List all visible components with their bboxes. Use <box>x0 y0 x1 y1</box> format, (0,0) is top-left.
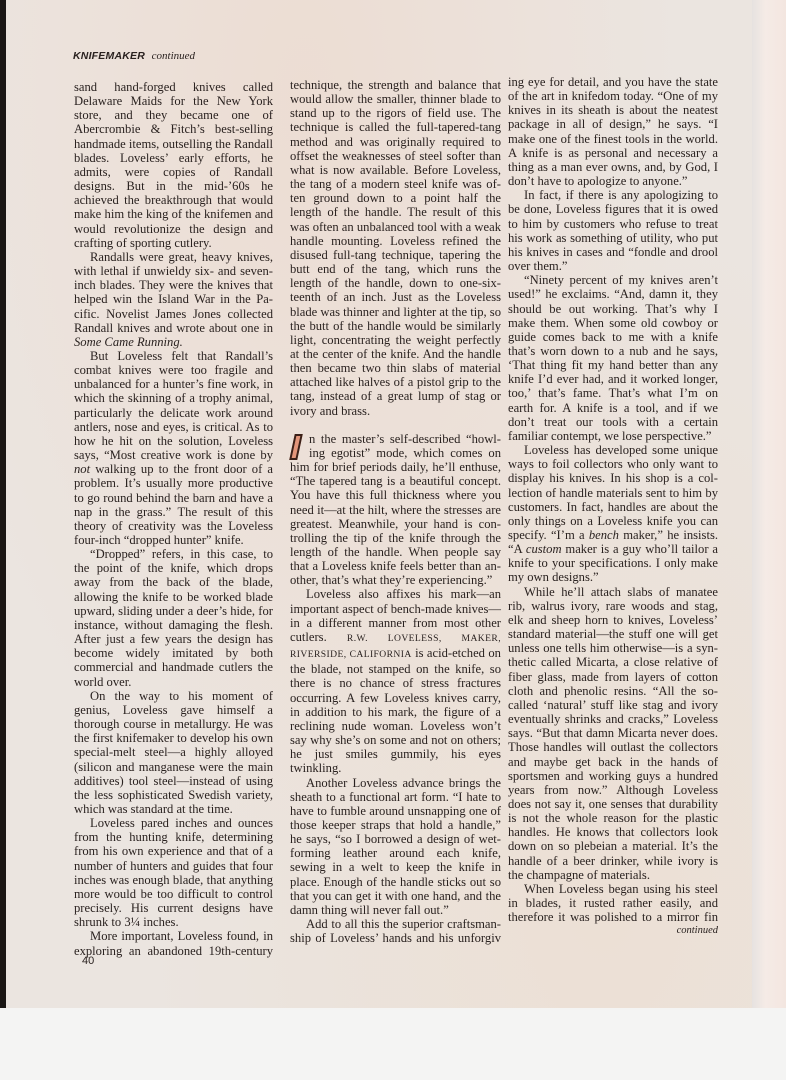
emphasis: bench <box>589 528 619 542</box>
paragraph-text: is acid-etched on the blade, not stamped… <box>290 646 501 775</box>
paragraph: ing eye for detail, and you have the sta… <box>508 75 718 188</box>
article-column-3: ing eye for detail, and you have the sta… <box>508 75 718 939</box>
paragraph: Loveless also affixes his mark—an im­por… <box>290 587 501 775</box>
drop-cap-I-icon <box>290 434 303 460</box>
paragraph: “Dropped” refers, in this case, to the p… <box>74 547 273 689</box>
paragraph: In fact, if there is any apologizing to … <box>508 188 718 273</box>
paragraph: While he’ll attach slabs of manatee rib,… <box>508 585 718 882</box>
paragraph: On the way to his moment of genius, Love… <box>74 689 273 816</box>
paragraph: Loveless has developed some unique ways … <box>508 443 718 585</box>
paragraph: technique, the strength and balance that… <box>290 78 501 418</box>
article-column-1: sand hand-forged knives called Delaware … <box>74 80 273 958</box>
paragraph: Loveless pared inches and ounces from th… <box>74 816 273 929</box>
running-header: KNIFEMAKER continued <box>73 50 195 62</box>
paragraph: But Loveless felt that Randall’s com­bat… <box>74 349 273 547</box>
emphasis: custom <box>526 542 562 556</box>
paragraph-text: But Loveless felt that Randall’s com­bat… <box>74 349 273 462</box>
book-title: Some Came Running. <box>74 335 183 349</box>
emphasis: not <box>74 462 90 476</box>
continued-label: continued <box>152 50 195 62</box>
paragraph: “Ninety percent of my knives aren’t used… <box>508 273 718 443</box>
page-number: 40 <box>82 955 94 967</box>
paragraph: When Loveless began using his steel in b… <box>508 882 718 924</box>
paragraph-text: Randalls were great, heavy knives, with … <box>74 250 273 335</box>
scanner-background <box>0 1008 786 1080</box>
paragraph: More important, Loveless found, in explo… <box>74 929 273 957</box>
paragraph: Randalls were great, heavy knives, with … <box>74 250 273 349</box>
paragraph: sand hand-forged knives called Delaware … <box>74 80 273 250</box>
paragraph: n the master’s self-described “howl­ing … <box>290 432 501 588</box>
section-title: KNIFEMAKER <box>73 50 145 62</box>
next-page-edge <box>752 0 786 1008</box>
paragraph-text: walking up to the front door of a proble… <box>74 462 273 547</box>
paragraph: Add to all this the superior craftsman­s… <box>290 917 501 945</box>
paragraph: Another Loveless advance brings the shea… <box>290 776 501 918</box>
article-column-2: technique, the strength and balance that… <box>290 78 501 945</box>
continued-note: continued <box>508 924 718 938</box>
drop-cap-paragraph: n the master’s self-described “howl­ing … <box>290 432 501 588</box>
